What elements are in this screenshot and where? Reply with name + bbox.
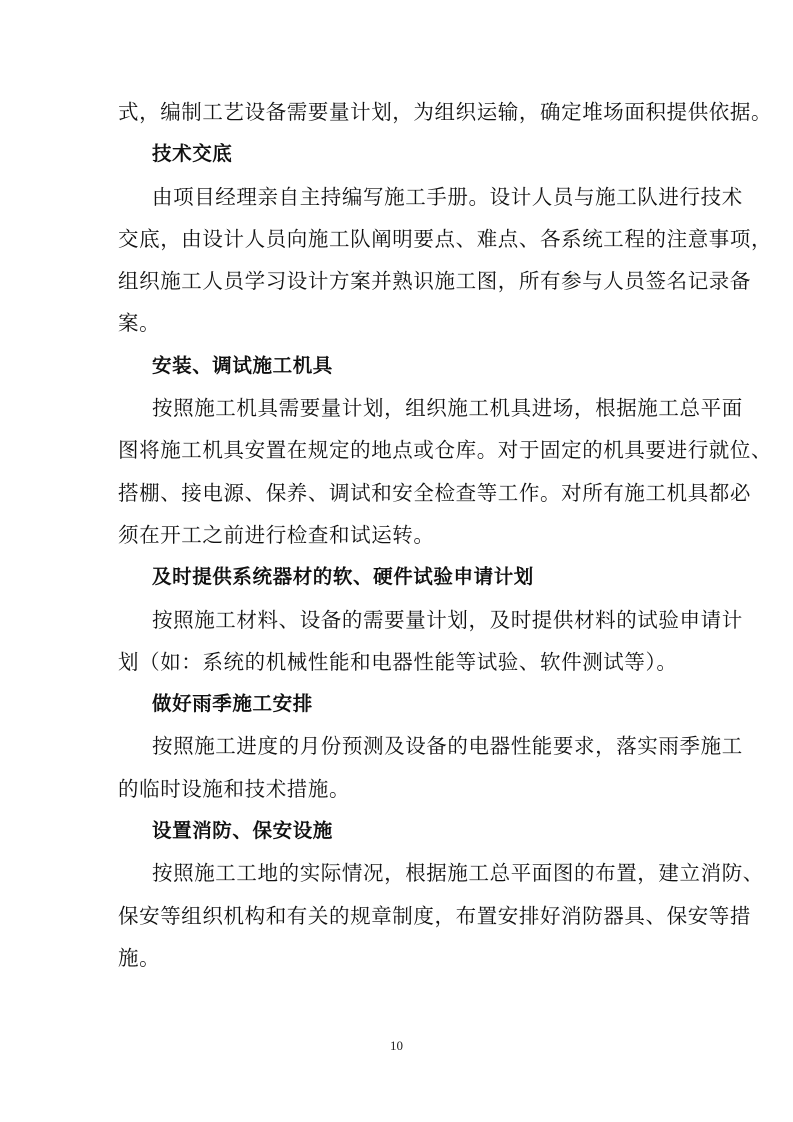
document-page: 式，编制工艺设备需要量计划，为组织运输，确定堆场面积提供依据。 技术交底 由项目…: [0, 0, 793, 1122]
paragraph-line: 施。: [118, 937, 680, 979]
paragraph-line: 划（如：系统的机械性能和电器性能等试验、软件测试等）。: [118, 641, 680, 683]
page-number: 10: [0, 1038, 793, 1054]
paragraph-line: 由项目经理亲自主持编写施工手册。设计人员与施工队进行技术: [118, 176, 680, 218]
paragraph-line: 按照施工进度的月份预测及设备的电器性能要求，落实雨季施工: [118, 725, 680, 767]
paragraph-line: 保安等组织机构和有关的规章制度，布置安排好消防器具、保安等措: [118, 895, 680, 937]
section-heading: 安装、调试施工机具: [118, 345, 680, 387]
section-heading: 设置消防、保安设施: [118, 810, 680, 852]
paragraph-line: 须在开工之前进行检查和试运转。: [118, 514, 680, 556]
paragraph-line: 图将施工机具安置在规定的地点或仓库。对于固定的机具要进行就位、: [118, 429, 680, 471]
document-body: 式，编制工艺设备需要量计划，为组织运输，确定堆场面积提供依据。 技术交底 由项目…: [118, 91, 680, 979]
paragraph-line: 式，编制工艺设备需要量计划，为组织运输，确定堆场面积提供依据。: [118, 91, 680, 133]
section-heading: 及时提供系统器材的软、硬件试验申请计划: [118, 556, 680, 598]
section-heading: 做好雨季施工安排: [118, 683, 680, 725]
paragraph-line: 搭棚、接电源、保养、调试和安全检查等工作。对所有施工机具都必: [118, 472, 680, 514]
paragraph-line: 组织施工人员学习设计方案并熟识施工图，所有参与人员签名记录备: [118, 260, 680, 302]
paragraph-line: 案。: [118, 302, 680, 344]
paragraph-line: 按照施工材料、设备的需要量计划，及时提供材料的试验申请计: [118, 599, 680, 641]
section-heading: 技术交底: [118, 133, 680, 175]
paragraph-line: 按照施工机具需要量计划，组织施工机具进场，根据施工总平面: [118, 387, 680, 429]
paragraph-line: 的临时设施和技术措施。: [118, 768, 680, 810]
paragraph-line: 按照施工工地的实际情况，根据施工总平面图的布置，建立消防、: [118, 852, 680, 894]
paragraph-line: 交底，由设计人员向施工队阐明要点、难点、各系统工程的注意事项，: [118, 218, 680, 260]
